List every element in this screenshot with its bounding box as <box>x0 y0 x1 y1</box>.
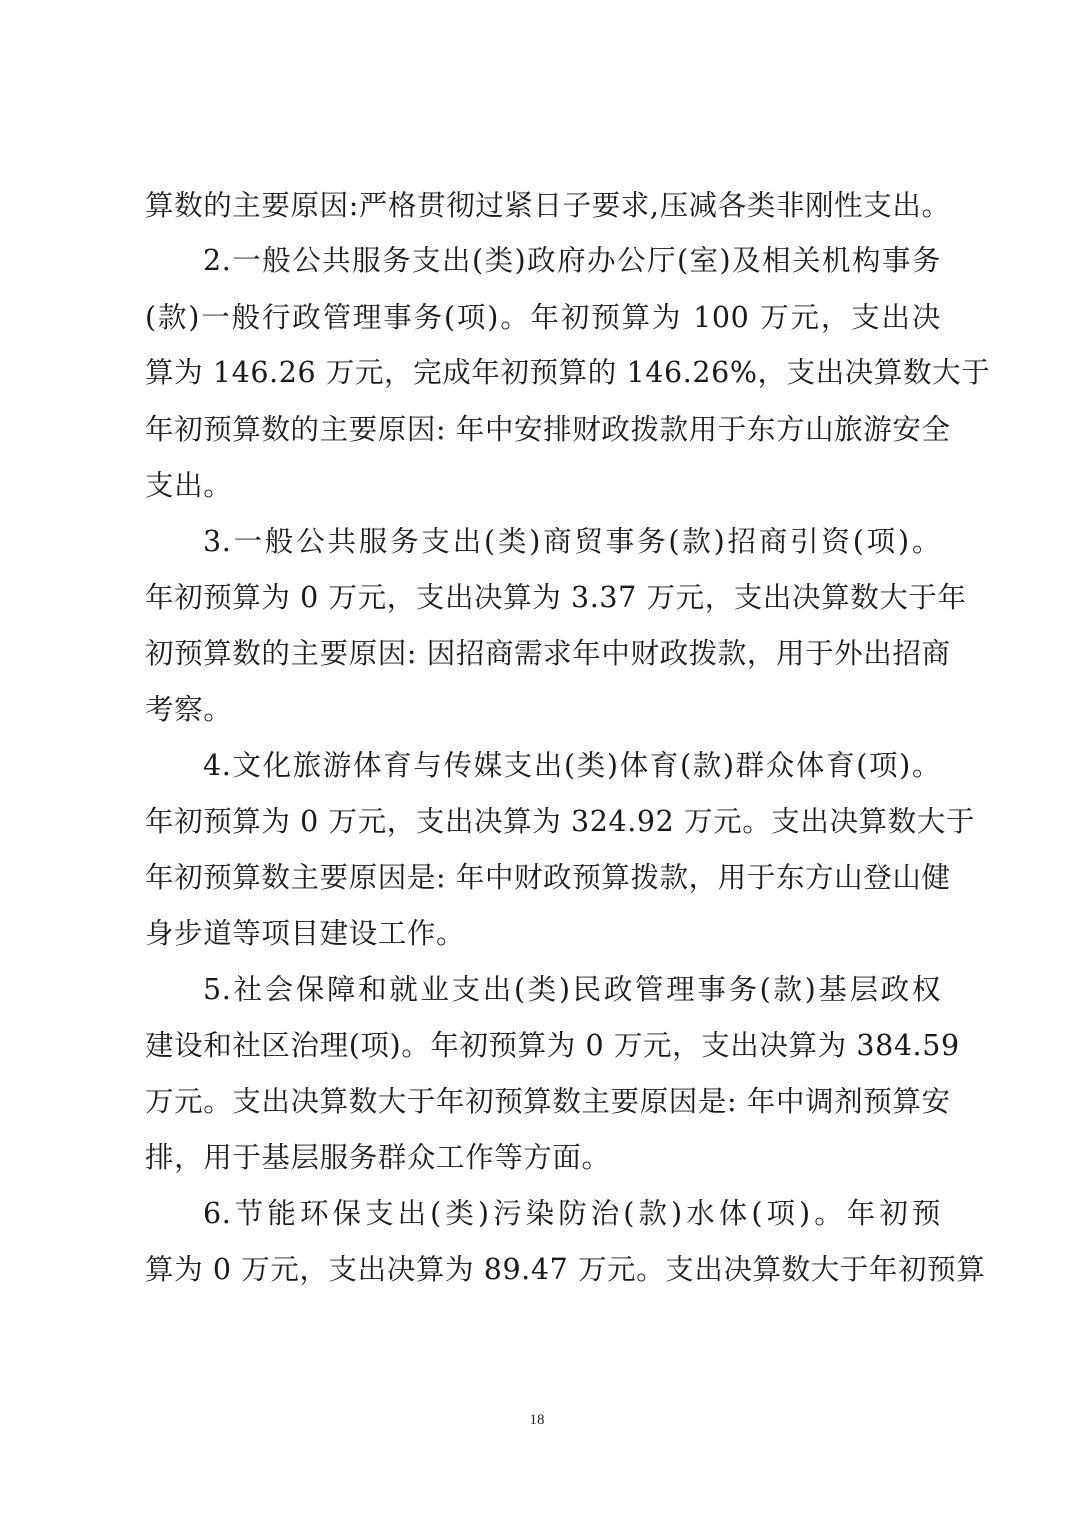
text-line: 算为 146.26 万元，完成年初预算的 146.26%，支出决算数大于 <box>145 353 941 393</box>
text-line: 建设和社区治理(项)。年初预算为 0 万元，支出决算为 384.59 <box>145 1026 941 1066</box>
text-line: 年初预算数的主要原因: 年中安排财政拨款用于东方山旅游安全 <box>145 410 941 450</box>
text-line: 初预算数的主要原因: 因招商需求年中财政拨款，用于外出招商 <box>145 634 941 674</box>
text-line: 考察。 <box>145 690 941 730</box>
item-3-heading-line: 3.一般公共服务支出(类)商贸事务(款)招商引资(项)。 <box>203 522 941 562</box>
item-5-heading-line: 5.社会保障和就业支出(类)民政管理事务(款)基层政权 <box>203 970 941 1010</box>
page-number: 18 <box>0 1412 1074 1429</box>
text-line: 算为 0 万元，支出决算为 89.47 万元。支出决算数大于年初预算 <box>145 1250 941 1290</box>
document-page: 算数的主要原因:严格贯彻过紧日子要求,压减各类非刚性支出。 2.一般公共服务支出… <box>0 0 1074 1520</box>
text-line: 支出。 <box>145 466 941 506</box>
text-line: 排，用于基层服务群众工作等方面。 <box>145 1138 941 1178</box>
text-line: 算数的主要原因:严格贯彻过紧日子要求,压减各类非刚性支出。 <box>145 186 941 226</box>
text-line: 年初预算为 0 万元，支出决算为 324.92 万元。支出决算数大于 <box>145 802 941 842</box>
text-line: 身步道等项目建设工作。 <box>145 914 941 954</box>
text-line: 年初预算数主要原因是: 年中财政预算拨款，用于东方山登山健 <box>145 858 941 898</box>
text-line: 万元。支出决算数大于年初预算数主要原因是: 年中调剂预算安 <box>145 1082 941 1122</box>
item-2-heading-line: 2.一般公共服务支出(类)政府办公厅(室)及相关机构事务 <box>203 241 941 281</box>
text-line: (款)一般行政管理事务(项)。年初预算为 100 万元，支出决 <box>145 298 941 338</box>
text-line: 年初预算为 0 万元，支出决算为 3.37 万元，支出决算数大于年 <box>145 578 941 618</box>
item-6-heading-line: 6.节能环保支出(类)污染防治(款)水体(项)。年初预 <box>203 1194 941 1234</box>
item-4-heading-line: 4.文化旅游体育与传媒支出(类)体育(款)群众体育(项)。 <box>203 746 941 786</box>
